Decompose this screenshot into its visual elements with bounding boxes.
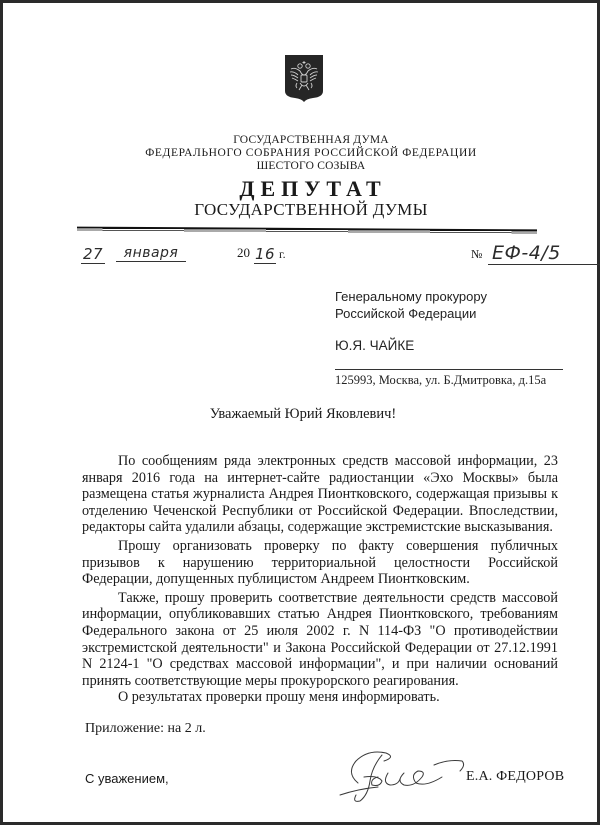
date-year-suffix: 16 [254, 245, 276, 264]
attachment-note: Приложение: на 2 л. [85, 721, 206, 737]
addressee-title: Генеральному прокурору [335, 288, 487, 305]
body-paragraph: Прошу организовать проверку по факту сов… [82, 538, 558, 588]
russian-coat-of-arms-icon [283, 53, 325, 103]
header-divider [77, 227, 537, 235]
reference-number-value: ЕФ-4/5 [488, 242, 600, 265]
signer-name: Е.А. ФЕДОРОВ [466, 769, 564, 785]
reference-number-label: № [471, 247, 482, 262]
letterhead-subtitle: ГОСУДАРСТВЕННОЙ ДУМЫ [11, 200, 600, 220]
addressee-name: Ю.Я. ЧАЙКЕ [335, 338, 414, 353]
letterhead-title: ДЕПУТАТ [13, 176, 600, 202]
handwritten-signature-icon [338, 743, 468, 805]
body-paragraph: По сообщениям ряда электронных средств м… [82, 453, 558, 536]
header-organization: ГОСУДАРСТВЕННАЯ ДУМА [11, 134, 600, 146]
header-assembly: ФЕДЕРАЛЬНОГО СОБРАНИЯ РОССИЙСКОЙ ФЕДЕРАЦ… [11, 147, 600, 159]
date-year-prefix: 20 [237, 245, 250, 261]
addressee-country: Российской Федерации [335, 305, 487, 322]
date-day: 27 [81, 245, 105, 264]
document-page: ГОСУДАРСТВЕННАЯ ДУМА ФЕДЕРАЛЬНОГО СОБРАН… [0, 0, 600, 825]
salutation: Уважаемый Юрий Яковлевич! [3, 406, 600, 423]
body-paragraph: О результатах проверки прошу меня информ… [82, 689, 558, 706]
body-paragraph: Также, прошу проверить соответствие деят… [82, 590, 558, 690]
date-reference-row: 27 января 20 16 г. № ЕФ-4/5 [81, 245, 541, 265]
addressee-address: 125993, Москва, ул. Б.Дмитровка, д.15а [335, 373, 546, 388]
closing-phrase: С уважением, [85, 771, 169, 786]
addressee-divider [335, 369, 563, 370]
date-month: января [116, 245, 186, 262]
addressee-block: Генеральному прокурору Российской Федера… [335, 288, 487, 322]
header-convocation: ШЕСТОГО СОЗЫВА [11, 160, 600, 172]
date-year-label: г. [279, 247, 286, 262]
date-month-field: января [116, 245, 236, 262]
letter-body: По сообщениям ряда электронных средств м… [82, 453, 558, 706]
